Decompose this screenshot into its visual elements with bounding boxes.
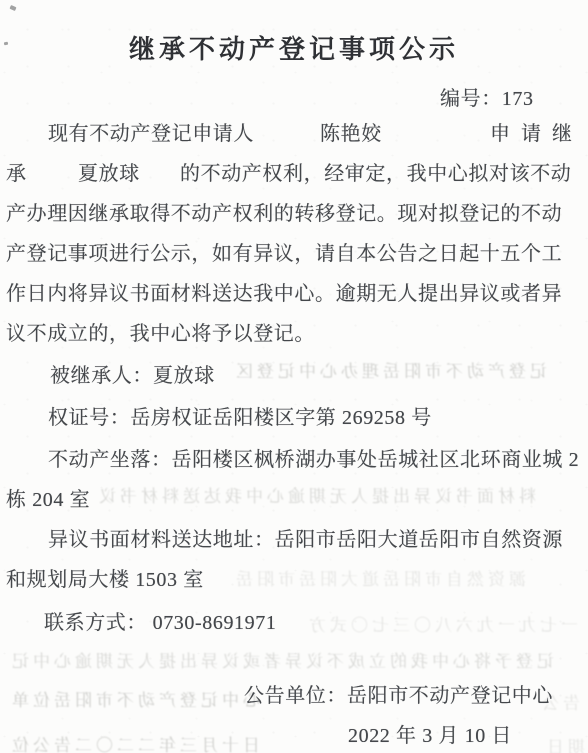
page-title: 继承不动产登记事项公示 (0, 29, 588, 66)
para-line4: 产登记事项进行公示，如有异议，请自本公告之日起十五个工 (6, 237, 562, 266)
para-line1-suffix: 申请继 (490, 117, 583, 146)
para-line3: 产办理因继承取得不动产权利的转移登记。现对拟登记的不动 (6, 197, 562, 226)
scan-bleedthrough: 源资然自市阳岳道大阳岳市阳岳 (232, 565, 526, 590)
scan-bleedthrough: 日十月三年二二〇二告公位 (8, 731, 260, 753)
scan-bleedthrough: 一七九一九六八〇三七〇式方 (305, 611, 578, 636)
scanned-notice-document: 记登产动不市阳岳理办心中记登区 料材面书议异出提人无期逾心中我达送料材书议 源资… (0, 0, 588, 753)
field-property-location-line2: 栋 204 室 (6, 483, 90, 512)
document-number: 编号：173 (440, 82, 534, 111)
para-line6: 议不成立的，我中心将予以登记。 (6, 317, 315, 346)
para-line1-prefix: 现有不动产登记申请人 (48, 117, 254, 146)
scan-bleedthrough: 记登予将心中我的立成不议异者或议异出提人无期逾心中记 (8, 647, 554, 672)
scan-bleedthrough: 心中记登产动不市阳岳位单 (8, 686, 260, 711)
decedent-name-inline: 夏放球 (78, 157, 140, 186)
scan-speck (9, 5, 16, 11)
field-certificate-number: 权证号：岳房权证岳阳楼区字第 269258 号 (48, 401, 432, 430)
field-contact-phone: 联系方式： 0730-8691971 (44, 606, 276, 635)
footer-date: 2022 年 3 月 10 日 (348, 719, 512, 748)
field-property-location-line1: 不动产坐落：岳阳楼区枫桥湖办事处岳城社区北环商业城 2 (48, 443, 579, 472)
field-objection-address-line2: 和规划局大楼 1503 室 (6, 563, 204, 592)
field-decedent: 被继承人：夏放球 (50, 359, 215, 388)
applicant-name: 陈艳姣 (320, 117, 382, 146)
para-line2-text: 的不动产权利，经审定，我中心拟对该不动 (180, 157, 571, 186)
scan-bleedthrough: 记登产动不市阳岳理办心中记登区 (232, 357, 547, 382)
footer-issuing-unit: 公告单位：岳阳市不动产登记中心 (244, 679, 553, 708)
scan-bleedthrough: 期日 (543, 733, 585, 753)
scan-bleedthrough: 料材面书议异出提人无期逾心中我达送料材书议 (95, 482, 536, 507)
field-objection-address-line1: 异议书面材料送达地址：岳阳市岳阳大道岳阳市自然资源 (48, 523, 563, 552)
para-line5: 作日内将异议书面材料送达我中心。逾期无人提出异议或者异 (6, 277, 562, 306)
para-line2-prefix: 承 (6, 157, 27, 186)
